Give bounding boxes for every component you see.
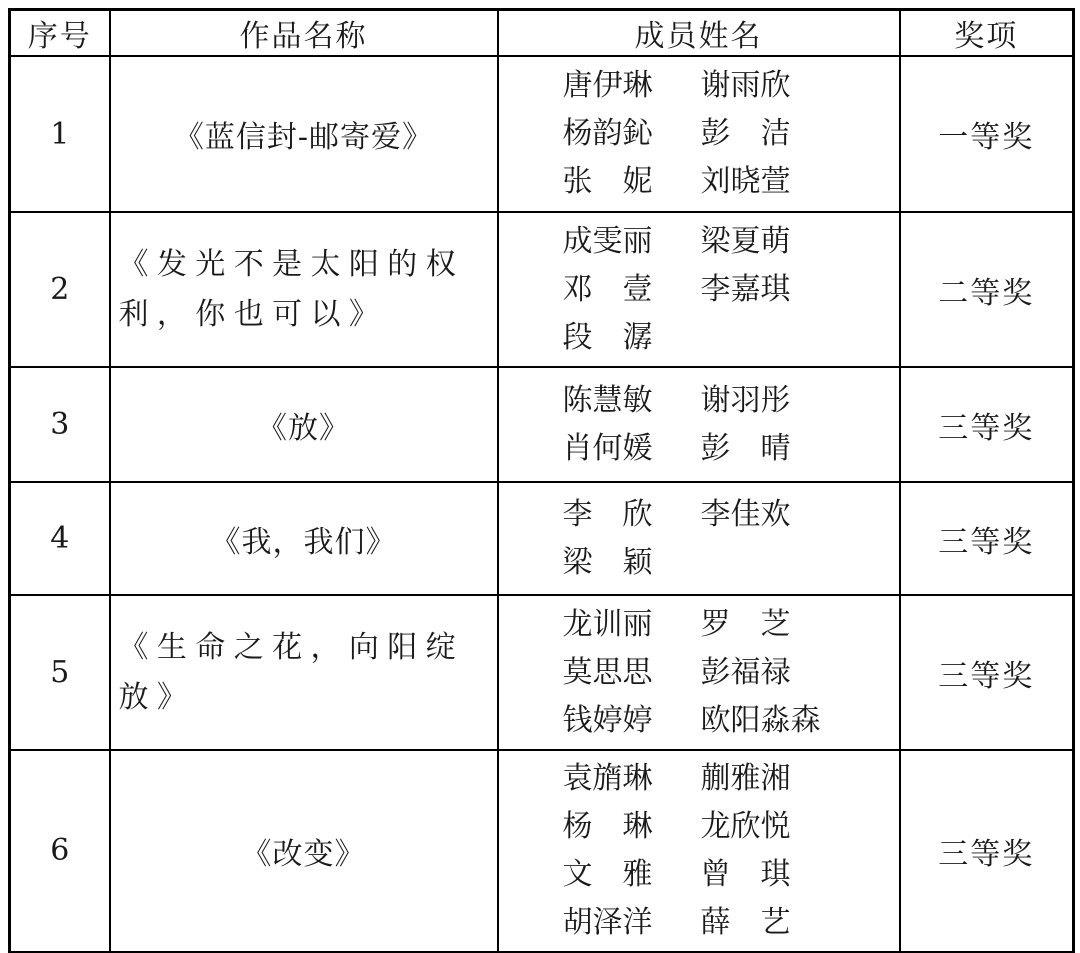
member-names-line: 莫思思彭福禄: [563, 649, 835, 697]
header-cell-members: 成员姓名: [498, 10, 900, 57]
award-cell: 三等奖: [900, 482, 1074, 595]
member-names-line: 杨韵鈊彭 洁: [563, 110, 835, 158]
table-row: 1《蓝信封-邮寄爱》唐伊琳谢雨欣杨韵鈊彭 洁张 妮刘晓萱一等奖: [10, 56, 1074, 212]
member-name: 杨 琳: [563, 803, 701, 851]
award-cell: 三等奖: [900, 367, 1074, 482]
work-title-cell: 《改变》: [110, 750, 498, 952]
member-name: 彭福禄: [701, 649, 835, 697]
member-name: 张 妮: [563, 158, 701, 206]
header-cell-award: 奖项: [900, 10, 1074, 57]
work-title-cell: 《生命之花，向阳绽放》: [110, 595, 498, 750]
member-names-line: 文 雅曾 琪: [563, 851, 835, 899]
member-name: 文 雅: [563, 851, 701, 899]
table-row: 4《我，我们》李 欣李佳欢梁 颖三等奖: [10, 482, 1074, 595]
work-title-line: 放》: [111, 673, 497, 723]
work-title-cell: 《放》: [110, 367, 498, 482]
row-number-cell: 6: [10, 750, 110, 952]
member-name: 梁夏萌: [701, 218, 835, 266]
member-name: 欧阳淼森: [701, 697, 835, 745]
member-name: 谢雨欣: [701, 62, 835, 110]
row-number-cell: 1: [10, 56, 110, 212]
award-cell: 二等奖: [900, 212, 1074, 367]
member-name: 肖何媛: [563, 425, 701, 473]
member-name: 彭 洁: [701, 110, 835, 158]
member-name: 陈慧敏: [563, 377, 701, 425]
member-names-line: 钱婷婷欧阳淼森: [563, 697, 835, 745]
table-row: 6《改变》袁旓琳蒯雅湘杨 琳龙欣悦文 雅曾 琪胡泽洋薛 艺三等奖: [10, 750, 1074, 952]
header-cell-title: 作品名称: [110, 10, 498, 57]
member-names-line: 张 妮刘晓萱: [563, 158, 835, 206]
member-name: 成雯丽: [563, 218, 701, 266]
work-title-cell: 《蓝信封-邮寄爱》: [110, 56, 498, 212]
members-cell: 袁旓琳蒯雅湘杨 琳龙欣悦文 雅曾 琪胡泽洋薛 艺: [498, 750, 900, 952]
members-cell: 成雯丽梁夏萌邓 壹李嘉琪段 潺: [498, 212, 900, 367]
work-title-text: 《放》: [257, 411, 350, 446]
member-name: 龙训丽: [563, 601, 701, 649]
header-row: 序号 作品名称 成员姓名 奖项: [10, 10, 1074, 57]
member-name: 段 潺: [563, 314, 701, 362]
member-name: 胡泽洋: [563, 899, 701, 947]
work-title-cell: 《发光不是太阳的权利，你也可以》: [110, 212, 498, 367]
member-names-line: 段 潺: [563, 314, 835, 362]
work-title-cell: 《我，我们》: [110, 482, 498, 595]
table-row: 2《发光不是太阳的权利，你也可以》成雯丽梁夏萌邓 壹李嘉琪段 潺二等奖: [10, 212, 1074, 367]
member-name: 杨韵鈊: [563, 110, 701, 158]
members-cell: 李 欣李佳欢梁 颖: [498, 482, 900, 595]
member-name: 罗 芝: [701, 601, 835, 649]
award-cell: 三等奖: [900, 750, 1074, 952]
member-name: 钱婷婷: [563, 697, 701, 745]
member-names-line: 肖何媛彭 晴: [563, 425, 835, 473]
member-names-line: 杨 琳龙欣悦: [563, 803, 835, 851]
work-title-line: 《生命之花，向阳绽: [111, 623, 497, 673]
award-cell: 一等奖: [900, 56, 1074, 212]
member-name: [701, 539, 835, 587]
work-title-text: 《蓝信封-邮寄爱》: [174, 120, 433, 155]
member-name: 薛 艺: [701, 899, 835, 947]
members-cell: 陈慧敏谢羽彤肖何媛彭 晴: [498, 367, 900, 482]
member-name: 曾 琪: [701, 851, 835, 899]
work-title-line: 《发光不是太阳的权: [111, 240, 497, 290]
header-cell-index: 序号: [10, 10, 110, 57]
table-body: 1《蓝信封-邮寄爱》唐伊琳谢雨欣杨韵鈊彭 洁张 妮刘晓萱一等奖2《发光不是太阳的…: [10, 56, 1074, 952]
member-names-line: 唐伊琳谢雨欣: [563, 62, 835, 110]
member-names-line: 陈慧敏谢羽彤: [563, 377, 835, 425]
work-title-line: 利，你也可以》: [111, 290, 497, 340]
row-number-cell: 4: [10, 482, 110, 595]
members-cell: 唐伊琳谢雨欣杨韵鈊彭 洁张 妮刘晓萱: [498, 56, 900, 212]
row-number-cell: 2: [10, 212, 110, 367]
member-names-line: 袁旓琳蒯雅湘: [563, 755, 835, 803]
member-name: 唐伊琳: [563, 62, 701, 110]
member-name: 龙欣悦: [701, 803, 835, 851]
member-name: 梁 颖: [563, 539, 701, 587]
row-number-cell: 5: [10, 595, 110, 750]
work-title-text: 《我，我们》: [211, 525, 397, 560]
member-name: 刘晓萱: [701, 158, 835, 206]
member-names-line: 李 欣李佳欢: [563, 491, 835, 539]
document-page: 序号 作品名称 成员姓名 奖项 1《蓝信封-邮寄爱》唐伊琳谢雨欣杨韵鈊彭 洁张 …: [0, 0, 1080, 953]
member-name: 彭 晴: [701, 425, 835, 473]
member-name: 谢羽彤: [701, 377, 835, 425]
row-number-cell: 3: [10, 367, 110, 482]
table-row: 3《放》陈慧敏谢羽彤肖何媛彭 晴三等奖: [10, 367, 1074, 482]
award-table: 序号 作品名称 成员姓名 奖项 1《蓝信封-邮寄爱》唐伊琳谢雨欣杨韵鈊彭 洁张 …: [8, 8, 1075, 953]
member-names-line: 胡泽洋薛 艺: [563, 899, 835, 947]
member-name: 邓 壹: [563, 266, 701, 314]
member-name: 蒯雅湘: [701, 755, 835, 803]
members-cell: 龙训丽罗 芝莫思思彭福禄钱婷婷欧阳淼森: [498, 595, 900, 750]
member-names-line: 龙训丽罗 芝: [563, 601, 835, 649]
member-name: [701, 314, 835, 362]
member-names-line: 邓 壹李嘉琪: [563, 266, 835, 314]
member-name: 莫思思: [563, 649, 701, 697]
member-name: 李佳欢: [701, 491, 835, 539]
member-names-line: 梁 颖: [563, 539, 835, 587]
member-name: 李嘉琪: [701, 266, 835, 314]
award-cell: 三等奖: [900, 595, 1074, 750]
member-name: 袁旓琳: [563, 755, 701, 803]
work-title-text: 《改变》: [242, 837, 366, 872]
member-names-line: 成雯丽梁夏萌: [563, 218, 835, 266]
member-name: 李 欣: [563, 491, 701, 539]
table-row: 5《生命之花，向阳绽放》龙训丽罗 芝莫思思彭福禄钱婷婷欧阳淼森三等奖: [10, 595, 1074, 750]
